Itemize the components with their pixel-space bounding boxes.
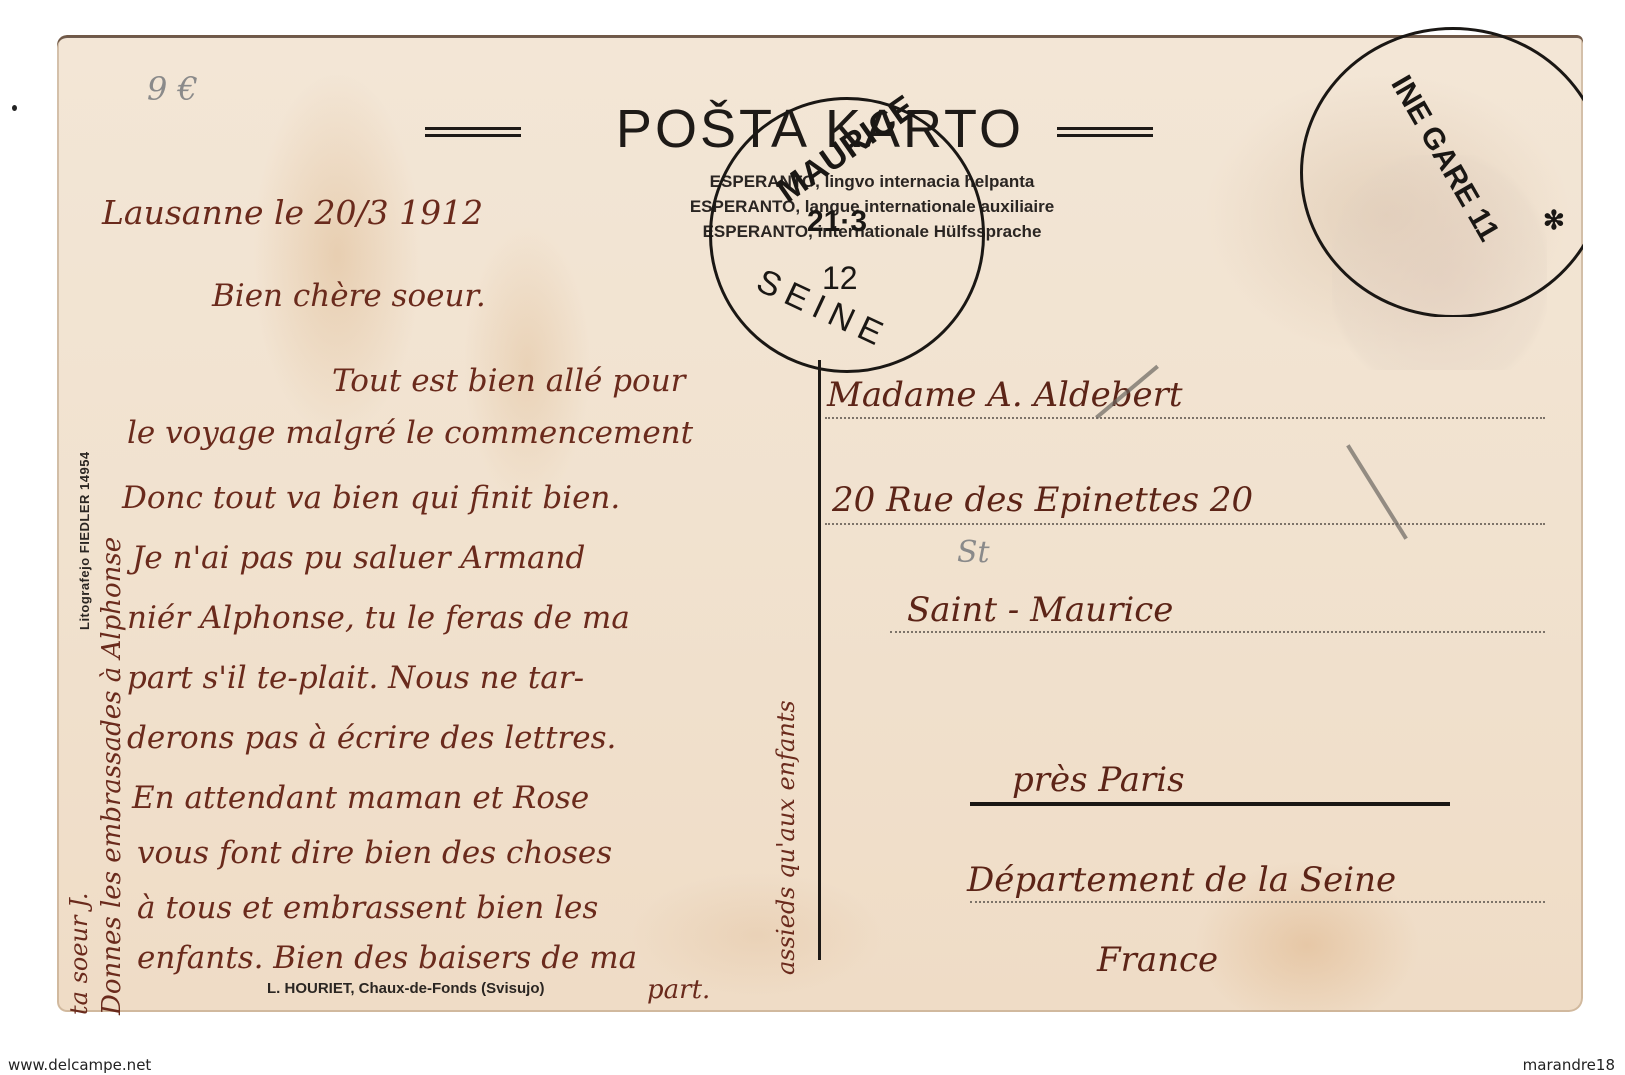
message-line: part. [647, 975, 710, 1005]
message-line: niér Alphonse, tu le feras de ma [127, 600, 630, 636]
address-line-city: Saint - Maurice [907, 590, 1173, 630]
pencil-cross-2 [1346, 444, 1408, 539]
address-line-near: près Paris [1012, 760, 1185, 800]
pencil-st-note: St [957, 535, 990, 570]
margin-note-right: assieds qu'aux enfants [772, 455, 800, 975]
scan-speck [12, 105, 17, 111]
address-rule-5 [970, 901, 1545, 903]
address-line-department: Département de la Seine [967, 860, 1396, 900]
postmark-gare: INE GARE 11 ✻ [1300, 27, 1583, 317]
address-rule-4 [970, 802, 1450, 806]
address-line-name: Madame A. Aldebert [827, 375, 1183, 415]
postmark-date: 21·3 [807, 205, 867, 239]
address-rule-3 [890, 631, 1545, 633]
margin-note-left: Donnes les embrassades à Alphonse [97, 455, 127, 1015]
address-rule-1 [825, 417, 1545, 419]
message-line: En attendant maman et Rose [132, 780, 589, 816]
message-line: vous font dire bien des choses [137, 835, 612, 871]
card-divider [818, 360, 821, 960]
message-line: Donc tout va bien qui finit bien. [122, 480, 620, 516]
footer-seller: marandre18 [1523, 1056, 1615, 1074]
address-rule-2 [825, 523, 1545, 525]
postmark-gare-text: INE GARE 11 [1384, 70, 1506, 247]
message-line: Je n'ai pas pu saluer Armand [132, 540, 585, 576]
lithographer-imprint: Litografejo FIEDLER 14954 [77, 340, 92, 630]
message-line: à tous et embrassent bien les [137, 890, 598, 926]
margin-note-left-2: ta soeur J. [65, 735, 93, 1015]
message-line: Tout est bien allé pour [332, 363, 686, 399]
footer-site: www.delcampe.net [8, 1056, 151, 1074]
message-line: enfants. Bien des baisers de ma [137, 940, 637, 976]
publisher-imprint: L. HOURIET, Chaux-de-Fonds (Svisujo) [267, 980, 545, 997]
address-line-country: France [1097, 940, 1218, 980]
postcard-back: 9 € POŠTA KARTO ESPERANTO, lingvo intern… [57, 35, 1583, 1012]
message-line: le voyage malgré le commencement [127, 415, 693, 451]
postmark-right-clip: INE GARE 11 ✻ [1300, 27, 1583, 317]
message-line: derons pas à écrire des lettres. [127, 720, 616, 756]
postmark-saint-maurice: MAURICE 21·3 12 SEINE [709, 97, 985, 373]
message-line: part s'il te-plait. Nous ne tar- [127, 660, 584, 696]
address-line-street: 20 Rue des Epinettes 20 [832, 480, 1253, 520]
message-salutation: Bien chère soeur. [212, 278, 486, 314]
postmark-gare-symbol: ✻ [1543, 205, 1565, 236]
message-dateline: Lausanne le 20/3 1912 [102, 193, 483, 232]
